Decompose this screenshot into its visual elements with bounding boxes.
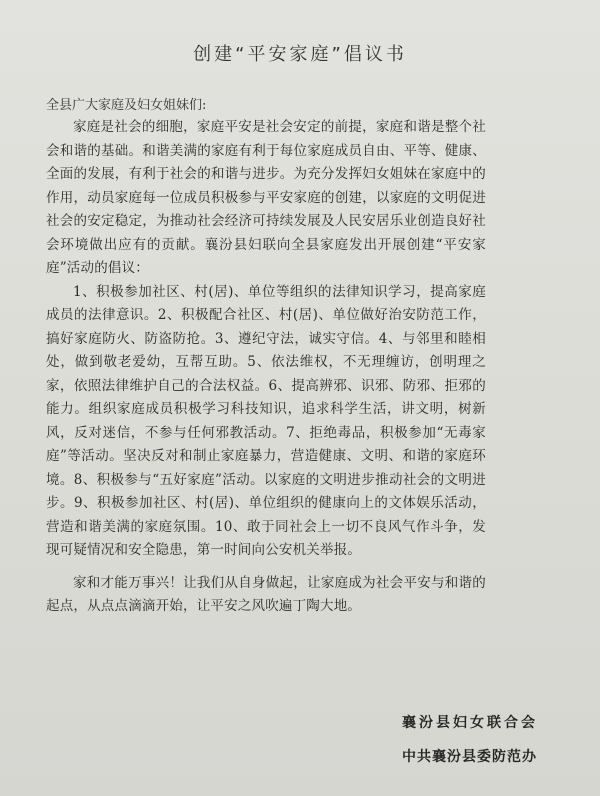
document-body: 家庭是社会的细胞，家庭平安是社会安定的前提，家庭和谐是整个社会和谐的基础。和谐美… [46, 116, 486, 619]
document-page: 创建“平安家庭”倡议书 全县广大家庭及妇女姐妹们: 家庭是社会的细胞，家庭平安是… [0, 0, 600, 796]
signature-womens-federation: 襄汾县妇女联合会 [402, 712, 538, 732]
document-title: 创建“平安家庭”倡议书 [0, 40, 600, 66]
paragraph-closing: 家和才能万事兴！让我们从自身做起，让家庭成为社会平安与和谐的起点，从点点滴滴开始… [46, 572, 486, 619]
signature-prevention-office: 中共襄汾县委防范办 [402, 746, 537, 766]
paragraph-intro: 家庭是社会的细胞，家庭平安是社会安定的前提，家庭和谐是整个社会和谐的基础。和谐美… [46, 116, 486, 281]
salutation: 全县广大家庭及妇女姐妹们: [46, 94, 206, 113]
paragraph-proposals: 1、积极参加社区、村(居)、单位等组织的法律知识学习，提高家庭成员的法律意识。2… [46, 281, 486, 563]
